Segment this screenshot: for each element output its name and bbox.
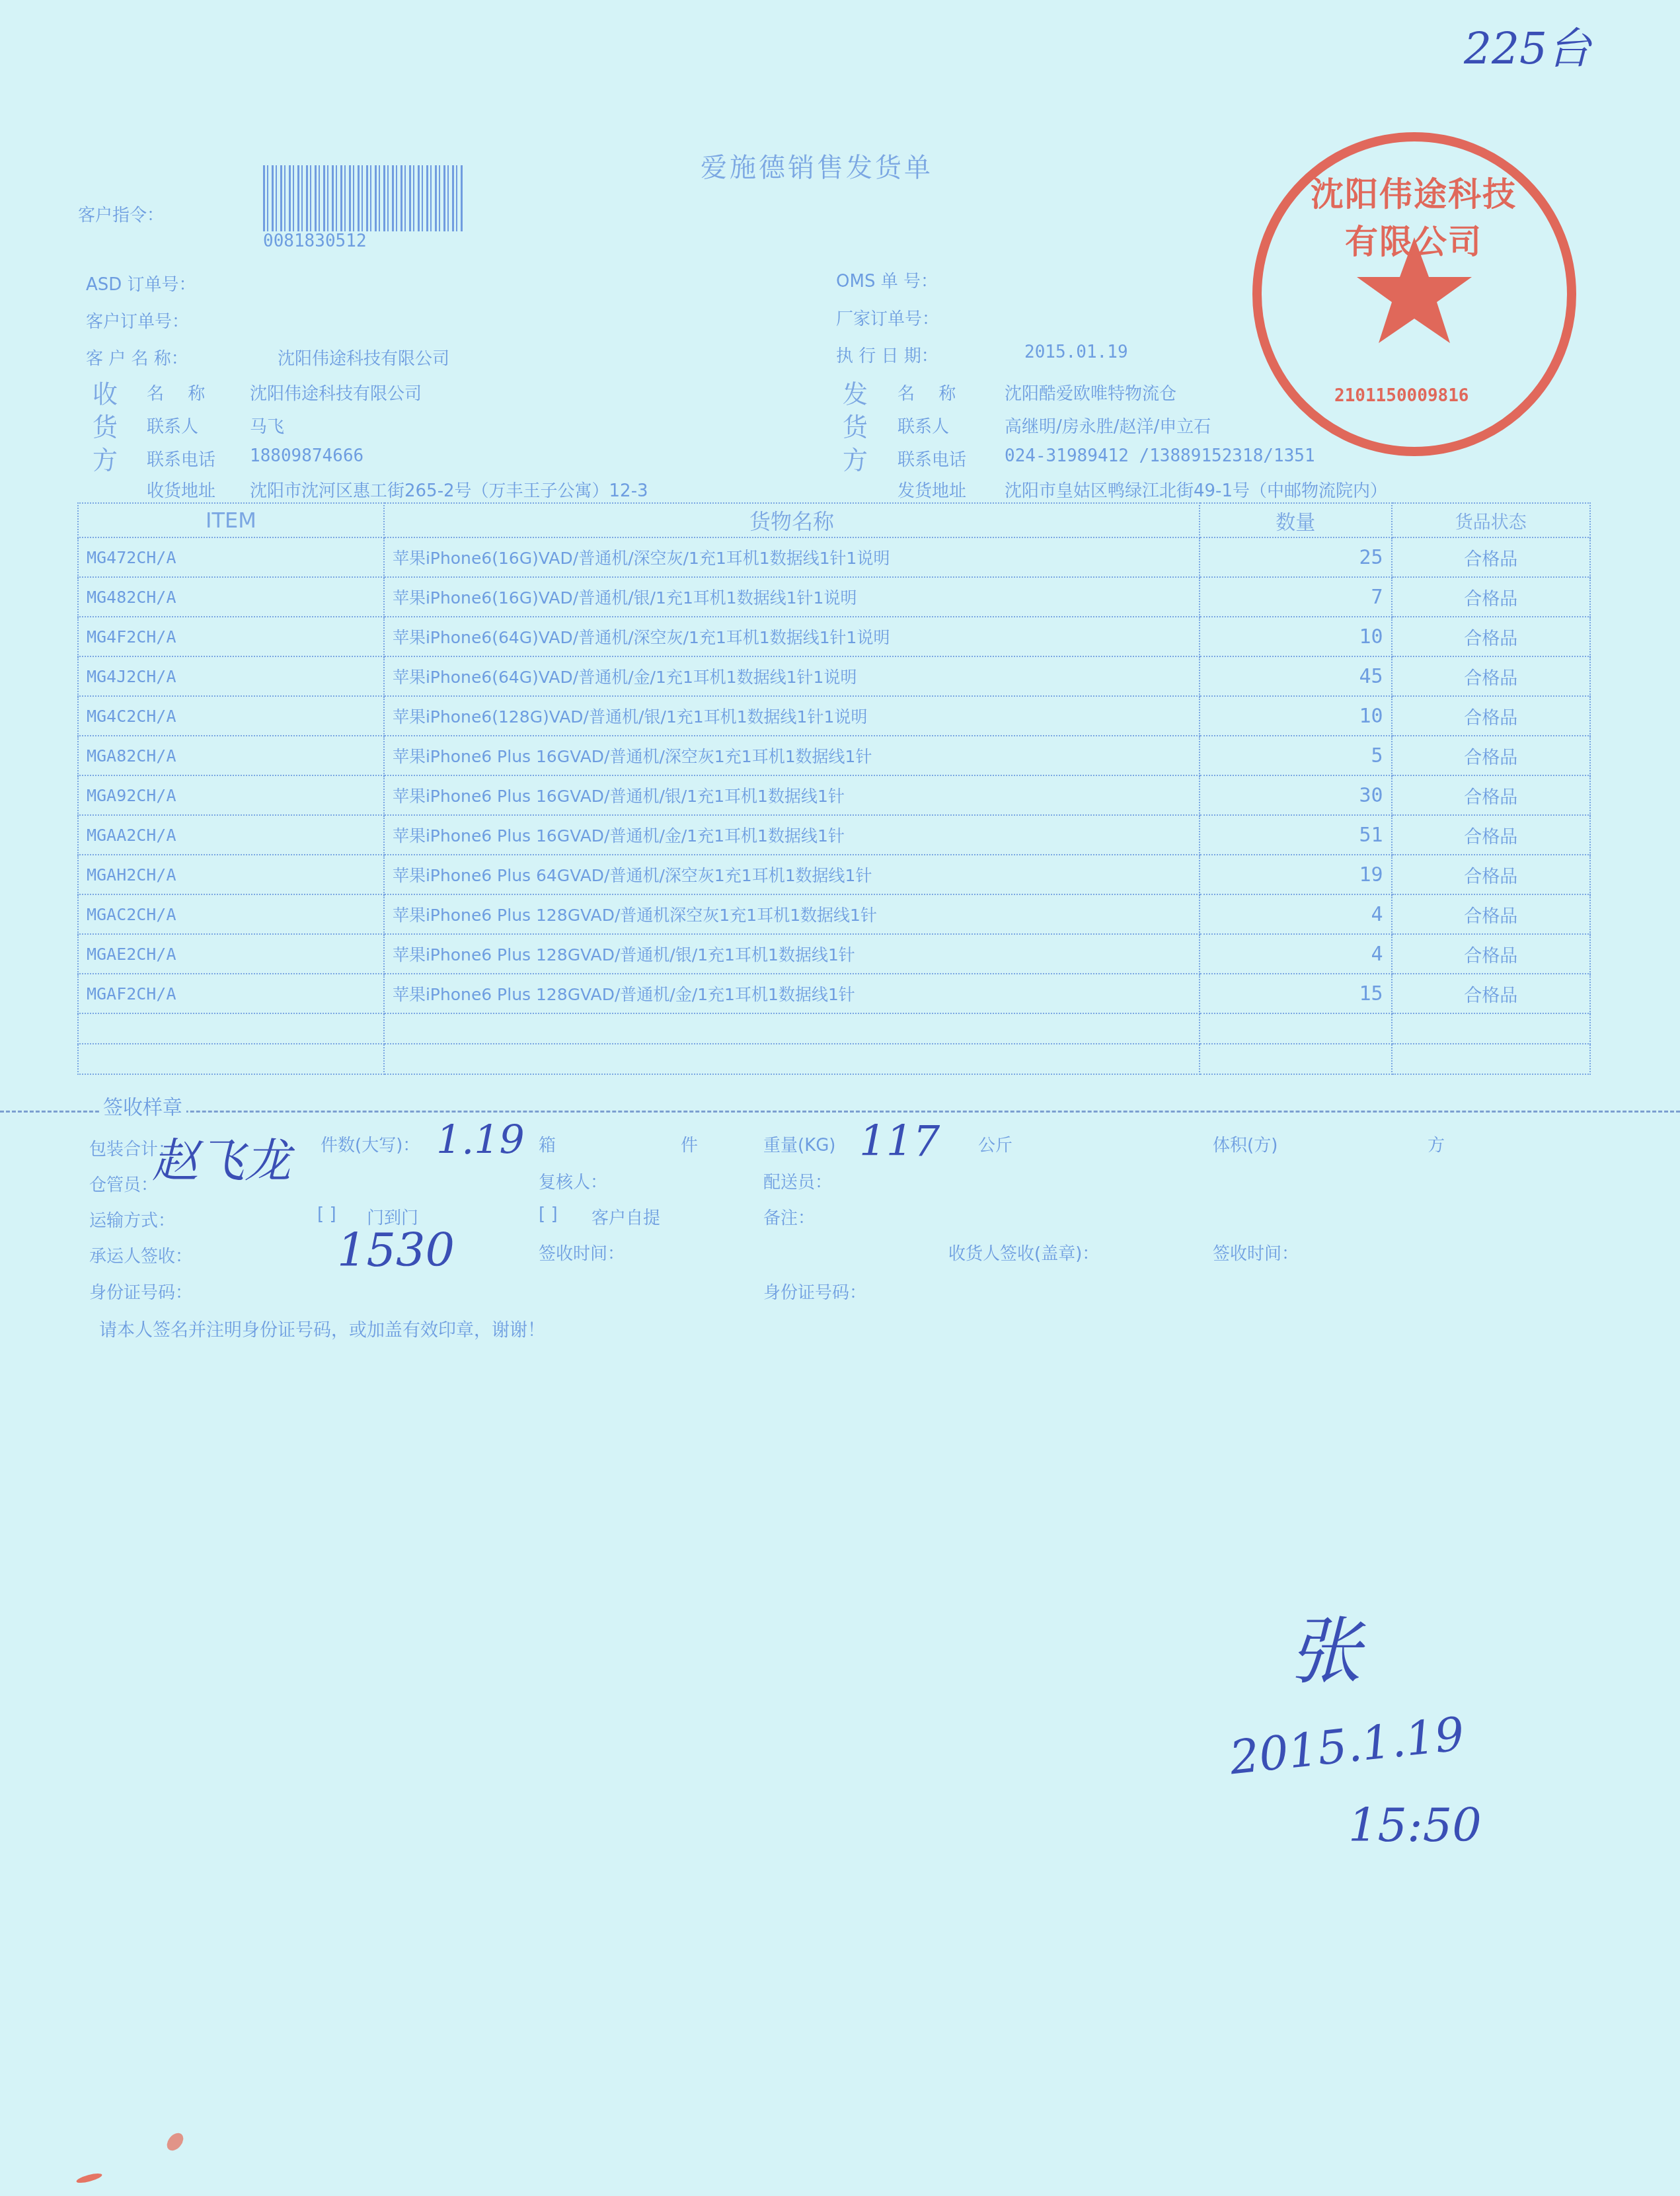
consignee-phone-value: 18809874666 — [250, 446, 363, 466]
table-row: MG4F2CH/A苹果iPhone6(64G)VAD/普通机/深空灰/1充1耳机… — [78, 617, 1590, 656]
shipper-phone-value: 024-31989412 /13889152318/1351 — [1005, 446, 1315, 466]
id-number-label: 身份证号码： — [89, 1279, 192, 1304]
column-header-name: 货物名称 — [384, 503, 1200, 537]
item-qty: 30 — [1200, 775, 1391, 815]
receipt-section-label: 签收样章 — [99, 1091, 186, 1120]
item-qty: 10 — [1200, 696, 1391, 736]
consignee-address-value: 沈阳市沈河区惠工街265-2号（万丰王子公寓）12-3 — [250, 477, 648, 502]
item-code: MG4C2CH/A — [78, 696, 384, 736]
transport-label: 运输方式： — [89, 1207, 175, 1232]
handwritten-time: 15:50 — [1348, 1798, 1482, 1852]
item-code: MGAA2CH/A — [78, 815, 384, 855]
reviewer-label: 复核人： — [539, 1169, 607, 1193]
consignee-contact-label: 联系人 — [147, 413, 198, 438]
item-name: 苹果iPhone6 Plus 16GVAD/普通机/银/1充1耳机1数据线1针 — [384, 775, 1200, 815]
asd-order-label: ASD 订单号： — [86, 271, 196, 295]
item-name: 苹果iPhone6(64G)VAD/普通机/深空灰/1充1耳机1数据线1针1说明 — [384, 617, 1200, 656]
company-seal: 沈阳伟途科技有限公司 2101150009816 — [1252, 132, 1576, 456]
carrier-sign-label: 承运人签收： — [89, 1243, 192, 1267]
document-title: 爱施德销售发货单 — [701, 147, 933, 184]
receiver-sign-label: 收货人签收(盖章)： — [948, 1240, 1099, 1265]
item-status: 合格品 — [1392, 696, 1590, 736]
table-row: MGAF2CH/A苹果iPhone6 Plus 128GVAD/普通机/金/1充… — [78, 974, 1590, 1013]
shipper-contact-label: 联系人 — [897, 413, 949, 438]
warehouse-signature: 赵飞龙 — [152, 1124, 291, 1191]
item-code: MG482CH/A — [78, 577, 384, 617]
table-row-empty — [78, 1044, 1590, 1074]
table-row: MG482CH/A苹果iPhone6(16G)VAD/普通机/银/1充1耳机1数… — [78, 577, 1590, 617]
shipper-phone-label: 联系电话 — [897, 446, 966, 471]
consignee-side-char-3: 方 — [93, 440, 118, 476]
oms-label: OMS 单 号： — [836, 268, 938, 292]
item-qty: 45 — [1200, 656, 1391, 696]
item-status: 合格品 — [1392, 656, 1590, 696]
item-qty: 10 — [1200, 617, 1391, 656]
item-status: 合格品 — [1392, 537, 1590, 577]
shipper-name-label: 名 称 — [897, 380, 965, 405]
self-pickup-checkbox[interactable]: [ ] — [539, 1204, 558, 1224]
exec-date-value: 2015.01.19 — [1024, 342, 1128, 362]
red-smudge — [164, 2130, 187, 2154]
item-status: 合格品 — [1392, 934, 1590, 974]
handwritten-total: 225台 — [1464, 13, 1591, 76]
seal-code: 2101150009816 — [1334, 386, 1469, 406]
item-code: MG4F2CH/A — [78, 617, 384, 656]
item-qty: 51 — [1200, 815, 1391, 855]
item-qty: 4 — [1200, 894, 1391, 934]
shipper-side-char-3: 方 — [843, 440, 868, 476]
item-name: 苹果iPhone6(64G)VAD/普通机/金/1充1耳机1数据线1针1说明 — [384, 656, 1200, 696]
item-name: 苹果iPhone6 Plus 16GVAD/普通机/金/1充1耳机1数据线1针 — [384, 815, 1200, 855]
customer-instruction-label: 客户指令： — [78, 202, 164, 226]
self-pickup-label: 客户自提 — [592, 1204, 660, 1229]
seal-company-text: 沈阳伟途科技有限公司 — [1301, 168, 1526, 263]
item-status: 合格品 — [1392, 617, 1590, 656]
customer-instruction-value: 0081830512 — [263, 231, 367, 251]
item-qty: 15 — [1200, 974, 1391, 1013]
table-row: MG4J2CH/A苹果iPhone6(64G)VAD/普通机/金/1充1耳机1数… — [78, 656, 1590, 696]
volume-unit-label: 方 — [1428, 1132, 1445, 1156]
receiver-sign-time-label: 签收时间： — [1213, 1240, 1299, 1265]
item-qty: 19 — [1200, 855, 1391, 894]
weight-handwritten: 117 — [859, 1117, 940, 1166]
sign-time-label: 签收时间： — [539, 1240, 625, 1265]
item-status: 合格品 — [1392, 855, 1590, 894]
table-row: MG4C2CH/A苹果iPhone6(128G)VAD/普通机/银/1充1耳机1… — [78, 696, 1590, 736]
volume-label: 体积(方) — [1213, 1132, 1278, 1156]
item-code: MGA82CH/A — [78, 736, 384, 775]
item-name: 苹果iPhone6 Plus 128GVAD/普通机深空灰1充1耳机1数据线1针 — [384, 894, 1200, 934]
consignee-address-label: 收货地址 — [147, 477, 215, 502]
shipper-side-char-1: 发 — [843, 373, 868, 410]
table-row-empty — [78, 1013, 1590, 1044]
signature-notice: 请本人签名并注明身份证号码，或加盖有效印章，谢谢！ — [99, 1315, 545, 1341]
piece-unit-label: 件 — [681, 1132, 698, 1156]
item-code: MGAC2CH/A — [78, 894, 384, 934]
column-header-qty: 数量 — [1200, 503, 1391, 537]
item-name: 苹果iPhone6 Plus 128GVAD/普通机/金/1充1耳机1数据线1针 — [384, 974, 1200, 1013]
courier-label: 配送员： — [763, 1169, 832, 1193]
item-status: 合格品 — [1392, 974, 1590, 1013]
item-name: 苹果iPhone6(128G)VAD/普通机/银/1充1耳机1数据线1针1说明 — [384, 696, 1200, 736]
item-name: 苹果iPhone6 Plus 64GVAD/普通机/深空灰1充1耳机1数据线1针 — [384, 855, 1200, 894]
item-code: MGAE2CH/A — [78, 934, 384, 974]
shipper-address-value: 沈阳市皇姑区鸭绿江北街49-1号（中邮物流院内） — [1005, 477, 1387, 502]
customer-name-label: 客 户 名 称： — [86, 345, 188, 370]
handwritten-signature: 张 — [1289, 1593, 1361, 1698]
id-number-label-right: 身份证号码： — [763, 1279, 866, 1304]
table-row: MGA92CH/A苹果iPhone6 Plus 16GVAD/普通机/银/1充1… — [78, 775, 1590, 815]
perforation-line — [0, 1111, 1680, 1113]
kg-unit-label: 公斤 — [978, 1132, 1012, 1156]
item-status: 合格品 — [1392, 577, 1590, 617]
item-status: 合格品 — [1392, 775, 1590, 815]
item-code: MGAH2CH/A — [78, 855, 384, 894]
table-row: MG472CH/A苹果iPhone6(16G)VAD/普通机/深空灰/1充1耳机… — [78, 537, 1590, 577]
customer-order-label: 客户订单号： — [86, 308, 189, 333]
pieces-label: 件数(大写)： — [321, 1132, 420, 1156]
item-code: MGAF2CH/A — [78, 974, 384, 1013]
box-unit-label: 箱 — [539, 1132, 556, 1156]
item-qty: 4 — [1200, 934, 1391, 974]
item-qty: 25 — [1200, 537, 1391, 577]
consignee-side-char-2: 货 — [93, 407, 118, 443]
items-table: ITEM 货物名称 数量 货品状态 MG472CH/A苹果iPhone6(16G… — [77, 502, 1591, 1075]
shipper-side-char-2: 货 — [843, 407, 868, 443]
item-name: 苹果iPhone6 Plus 16GVAD/普通机/深空灰1充1耳机1数据线1针 — [384, 736, 1200, 775]
item-qty: 5 — [1200, 736, 1391, 775]
item-code: MG4J2CH/A — [78, 656, 384, 696]
item-name: 苹果iPhone6(16G)VAD/普通机/银/1充1耳机1数据线1针1说明 — [384, 577, 1200, 617]
item-name: 苹果iPhone6(16G)VAD/普通机/深空灰/1充1耳机1数据线1针1说明 — [384, 537, 1200, 577]
carrier-handwritten: 1530 — [337, 1223, 455, 1277]
remark-label: 备注： — [763, 1204, 815, 1229]
item-status: 合格品 — [1392, 815, 1590, 855]
table-header-row: ITEM 货物名称 数量 货品状态 — [78, 503, 1590, 537]
factory-order-label: 厂家订单号： — [836, 305, 939, 330]
consignee-phone-label: 联系电话 — [147, 446, 215, 471]
exec-date-label: 执 行 日 期： — [836, 342, 938, 367]
consignee-name-value: 沈阳伟途科技有限公司 — [250, 380, 422, 405]
item-status: 合格品 — [1392, 736, 1590, 775]
table-row: MGA82CH/A苹果iPhone6 Plus 16GVAD/普通机/深空灰1充… — [78, 736, 1590, 775]
handwritten-date: 2015.1.19 — [1227, 1707, 1467, 1785]
consignee-contact-value: 马飞 — [250, 413, 284, 438]
table-row: MGAH2CH/A苹果iPhone6 Plus 64GVAD/普通机/深空灰1充… — [78, 855, 1590, 894]
barcode — [263, 165, 464, 231]
column-header-status: 货品状态 — [1392, 503, 1590, 537]
door-to-door-checkbox[interactable]: [ ] — [317, 1204, 336, 1224]
item-status: 合格品 — [1392, 894, 1590, 934]
customer-name-value: 沈阳伟途科技有限公司 — [278, 345, 449, 370]
consignee-name-label: 名 称 — [147, 380, 214, 405]
warehouse-label: 仓管员： — [89, 1171, 158, 1196]
table-row: MGAE2CH/A苹果iPhone6 Plus 128GVAD/普通机/银/1充… — [78, 934, 1590, 974]
pieces-handwritten: 1.19 — [436, 1117, 525, 1163]
weight-label: 重量(KG) — [763, 1132, 836, 1156]
column-header-item: ITEM — [78, 503, 384, 537]
table-row: MGAC2CH/A苹果iPhone6 Plus 128GVAD/普通机深空灰1充… — [78, 894, 1590, 934]
item-qty: 7 — [1200, 577, 1391, 617]
shipper-name-value: 沈阳酷爱欧唯特物流仓 — [1005, 380, 1176, 405]
shipper-address-label: 发货地址 — [897, 477, 966, 502]
red-smudge — [75, 2172, 102, 2185]
item-name: 苹果iPhone6 Plus 128GVAD/普通机/银/1充1耳机1数据线1针 — [384, 934, 1200, 974]
item-code: MGA92CH/A — [78, 775, 384, 815]
shipper-contact-value: 高继明/房永胜/赵洋/申立石 — [1005, 413, 1211, 438]
consignee-side-char-1: 收 — [93, 373, 118, 410]
item-code: MG472CH/A — [78, 537, 384, 577]
table-row: MGAA2CH/A苹果iPhone6 Plus 16GVAD/普通机/金/1充1… — [78, 815, 1590, 855]
